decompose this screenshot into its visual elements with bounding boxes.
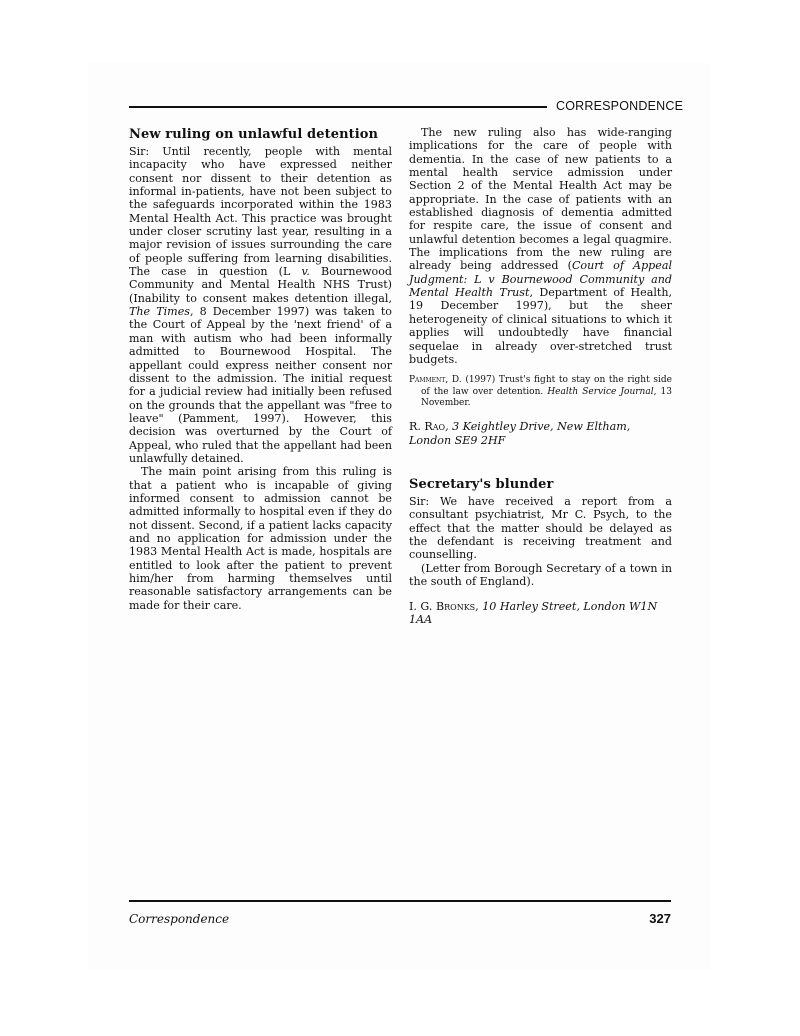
article-title-unlawful-detention: New ruling on unlawful detention	[129, 126, 392, 143]
running-head: CORRESPONDENCE	[556, 99, 671, 113]
author-signoff-rao: R. Rao, 3 Keightley Drive, New Eltham, L…	[409, 420, 672, 447]
footer-section-title: Correspondence	[129, 912, 229, 926]
article1-paragraph-3: The new ruling also has wide-ranging imp…	[409, 126, 672, 366]
page-number: 327	[600, 911, 671, 926]
header-rule	[129, 106, 547, 108]
footer-rule	[129, 900, 671, 902]
article2-paragraph-2: (Letter from Borough Secretary of a town…	[409, 562, 672, 589]
author-signoff-bronks: I. G. Bronks, 10 Harley Street, London W…	[409, 600, 672, 627]
article-title-secretarys-blunder: Secretary's blunder	[409, 476, 672, 493]
reference-pamment: Pamment, D. (1997) Trust's fight to stay…	[409, 375, 672, 409]
right-column: The new ruling also has wide-ranging imp…	[409, 126, 672, 626]
article2-paragraph-1: Sir: We have received a report from a co…	[409, 495, 672, 562]
article1-paragraph-1: Sir: Until recently, people with mental …	[129, 145, 392, 465]
article1-paragraph-2: The main point arising from this ruling …	[129, 465, 392, 612]
left-column: New ruling on unlawful detention Sir: Un…	[129, 126, 392, 612]
